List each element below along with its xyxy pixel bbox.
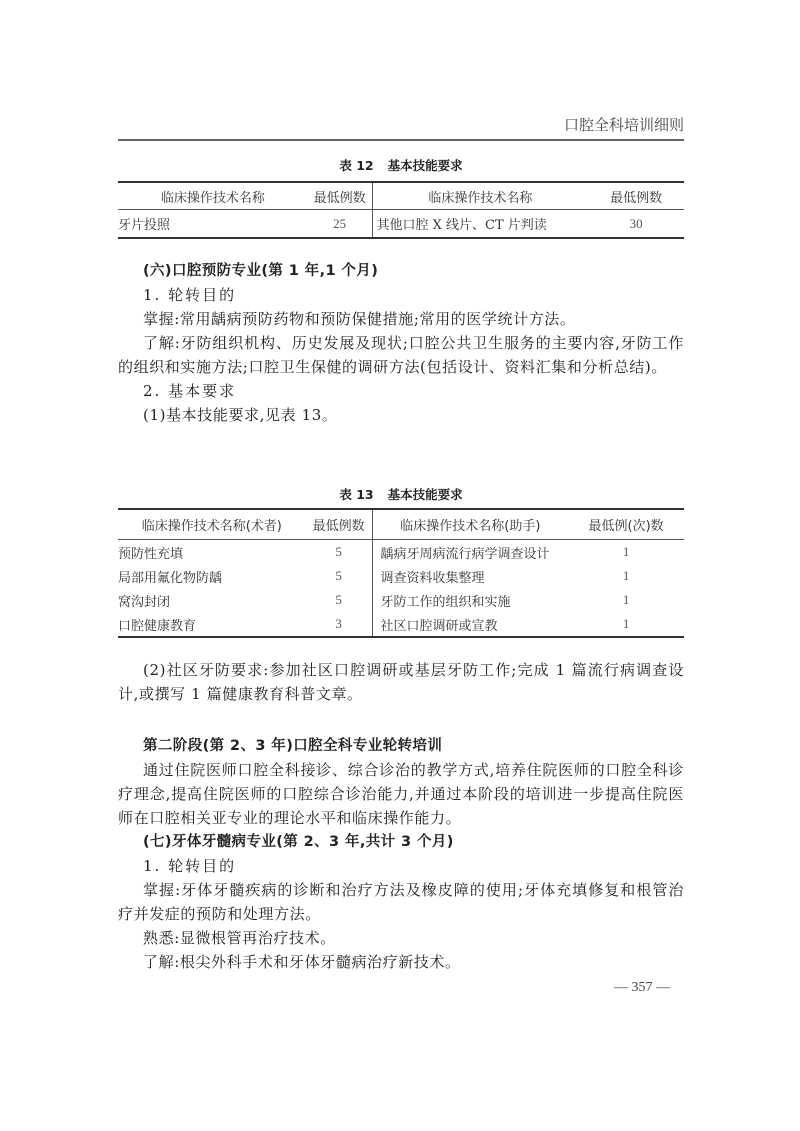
section6-master: 掌握:常用龋病预防药物和预防保健措施;常用的医学统计方法。 — [118, 307, 684, 331]
table-cell: 社区口腔调研或宣教 — [372, 612, 568, 637]
section6-title: (六)口腔预防专业(第 1 年,1 个月) — [118, 259, 684, 283]
table-cell: 5 — [306, 588, 372, 612]
requirement-2: (2)社区牙防要求:参加社区口腔调研或基层牙防工作;完成 1 篇流行病调查设计,… — [118, 658, 684, 706]
table-header-row: 临床操作技术名称 最低例数 临床操作技术名称 最低例数 — [118, 182, 684, 210]
requirement-2-text: (2)社区牙防要求:参加社区口腔调研或基层牙防工作;完成 1 篇流行病调查设计,… — [118, 658, 684, 706]
table-header: 临床操作技术名称 — [372, 182, 588, 210]
table-cell: 5 — [306, 564, 372, 588]
stage2: 第二阶段(第 2、3 年)口腔全科专业轮转培训 通过住院医师口腔全科接诊、综合诊… — [118, 734, 684, 974]
table-header: 临床操作技术名称(术者) — [118, 509, 306, 540]
table-cell: 1 — [568, 564, 684, 588]
table-cell: 1 — [568, 540, 684, 565]
table-row: 预防性充填 5 龋病牙周病流行病学调查设计 1 — [118, 540, 684, 565]
table-row: 口腔健康教育 3 社区口腔调研或宣教 1 — [118, 612, 684, 637]
table-cell: 预防性充填 — [118, 540, 306, 565]
table-header: 最低例(次)数 — [568, 509, 684, 540]
table-row: 牙片投照 25 其他口腔 X 线片、CT 片判读 30 — [118, 210, 684, 239]
table12-caption: 表 12基本技能要求 — [118, 156, 684, 174]
table-header: 临床操作技术名称 — [118, 182, 308, 210]
section7-title: (七)牙体牙髓病专业(第 2、3 年,共计 3 个月) — [118, 830, 684, 854]
table-header: 最低例数 — [306, 509, 372, 540]
stage2-intro: 通过住院医师口腔全科接诊、综合诊治的教学方式,培养住院医师的口腔全科诊疗理念,提… — [118, 758, 684, 830]
table-cell: 调查资料收集整理 — [372, 564, 568, 588]
section6-understand: 了解:牙防组织机构、历史发展及现状;口腔公共卫生服务的主要内容,牙防工作的组织和… — [118, 331, 684, 379]
table-cell: 25 — [308, 210, 372, 239]
table-cell: 局部用氟化物防龋 — [118, 564, 306, 588]
table13-number: 表 13 — [339, 487, 373, 502]
table-header: 最低例数 — [308, 182, 372, 210]
table13-title: 基本技能要求 — [388, 487, 463, 502]
section7-familiar: 熟悉:显微根管再治疗技术。 — [118, 926, 684, 950]
table-cell: 3 — [306, 612, 372, 637]
table-header: 最低例数 — [588, 182, 684, 210]
table12-title: 基本技能要求 — [388, 158, 463, 173]
table-cell: 口腔健康教育 — [118, 612, 306, 637]
section7-understand: 了解:根尖外科手术和牙体牙髓病治疗新技术。 — [118, 950, 684, 974]
section7-subheading-1: 1. 轮转目的 — [118, 854, 684, 878]
table-cell: 其他口腔 X 线片、CT 片判读 — [372, 210, 588, 239]
section6-requirement-1: (1)基本技能要求,见表 13。 — [118, 403, 684, 427]
table-header: 临床操作技术名称(助手) — [372, 509, 568, 540]
section6-subheading-1: 1. 轮转目的 — [118, 283, 684, 307]
table12-number: 表 12 — [339, 158, 373, 173]
section6-subheading-2: 2. 基本要求 — [118, 379, 684, 403]
table-cell: 牙片投照 — [118, 210, 308, 239]
table-cell: 牙防工作的组织和实施 — [372, 588, 568, 612]
table-row: 局部用氟化物防龋 5 调查资料收集整理 1 — [118, 564, 684, 588]
table-cell: 1 — [568, 612, 684, 637]
table-cell: 1 — [568, 588, 684, 612]
table-row: 窝沟封闭 5 牙防工作的组织和实施 1 — [118, 588, 684, 612]
running-head: 口腔全科培训细则 — [118, 114, 684, 141]
table-header-row: 临床操作技术名称(术者) 最低例数 临床操作技术名称(助手) 最低例(次)数 — [118, 509, 684, 540]
table-cell: 30 — [588, 210, 684, 239]
table-cell: 龋病牙周病流行病学调查设计 — [372, 540, 568, 565]
page-number: — 357 — — [600, 980, 684, 996]
table-cell: 5 — [306, 540, 372, 565]
section6: (六)口腔预防专业(第 1 年,1 个月) 1. 轮转目的 掌握:常用龋病预防药… — [118, 259, 684, 427]
section7-master: 掌握:牙体牙髓疾病的诊断和治疗方法及橡皮障的使用;牙体充填修复和根管治疗并发症的… — [118, 878, 684, 926]
table13-caption: 表 13基本技能要求 — [118, 485, 684, 503]
stage2-title: 第二阶段(第 2、3 年)口腔全科专业轮转培训 — [118, 734, 684, 758]
table-cell: 窝沟封闭 — [118, 588, 306, 612]
table13: 临床操作技术名称(术者) 最低例数 临床操作技术名称(助手) 最低例(次)数 预… — [118, 508, 684, 638]
table12: 临床操作技术名称 最低例数 临床操作技术名称 最低例数 牙片投照 25 其他口腔… — [118, 181, 684, 239]
